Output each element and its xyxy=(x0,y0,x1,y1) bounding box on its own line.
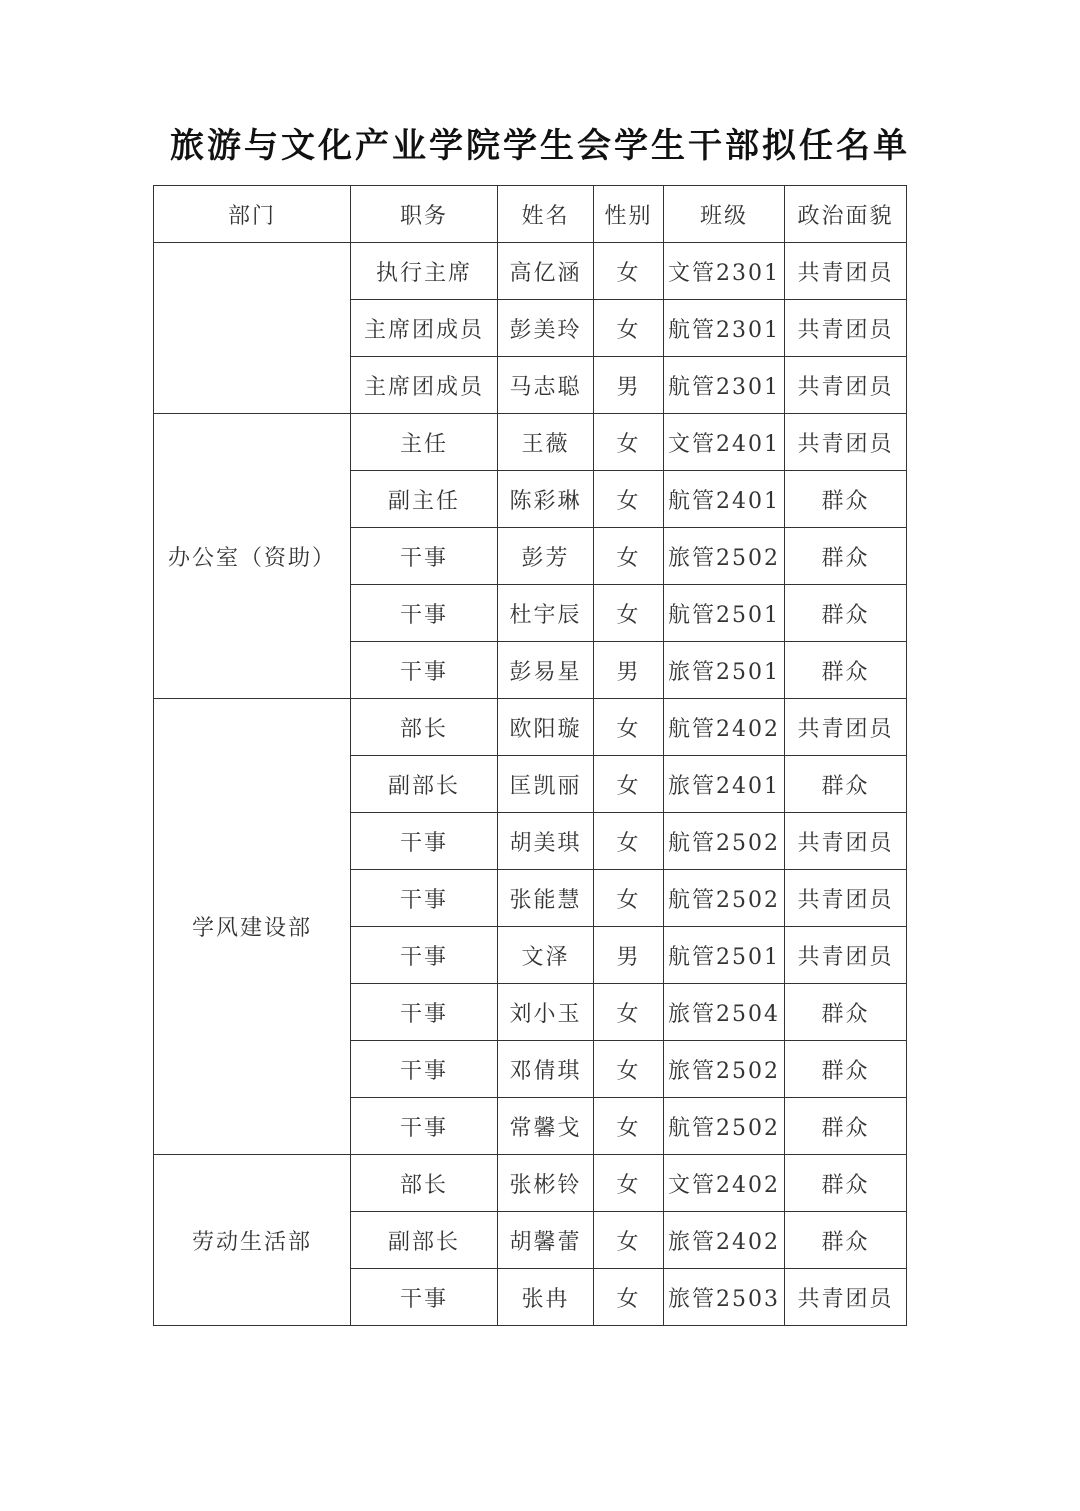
political-status-cell: 群众 xyxy=(785,1212,907,1269)
political-status-cell: 群众 xyxy=(785,528,907,585)
position-cell: 部长 xyxy=(351,1155,498,1212)
name-cell: 马志聪 xyxy=(498,357,594,414)
class-cell: 旅管2502 xyxy=(664,528,785,585)
position-cell: 干事 xyxy=(351,585,498,642)
position-cell: 干事 xyxy=(351,1098,498,1155)
header-name: 姓名 xyxy=(498,186,594,243)
position-cell: 干事 xyxy=(351,642,498,699)
class-cell: 航管2501 xyxy=(664,927,785,984)
position-cell: 副主任 xyxy=(351,471,498,528)
gender-cell: 男 xyxy=(594,927,664,984)
department-cell: 学风建设部 xyxy=(154,699,351,1155)
document-title: 旅游与文化产业学院学生会学生干部拟任名单 xyxy=(0,118,1080,167)
gender-cell: 女 xyxy=(594,243,664,300)
class-cell: 航管2501 xyxy=(664,585,785,642)
name-cell: 刘小玉 xyxy=(498,984,594,1041)
political-status-cell: 群众 xyxy=(785,642,907,699)
name-cell: 匡凯丽 xyxy=(498,756,594,813)
position-cell: 干事 xyxy=(351,813,498,870)
class-cell: 航管2502 xyxy=(664,1098,785,1155)
position-cell: 执行主席 xyxy=(351,243,498,300)
name-cell: 胡馨蕾 xyxy=(498,1212,594,1269)
class-cell: 航管2502 xyxy=(664,813,785,870)
position-cell: 干事 xyxy=(351,927,498,984)
political-status-cell: 群众 xyxy=(785,471,907,528)
name-cell: 杜宇辰 xyxy=(498,585,594,642)
name-cell: 胡美琪 xyxy=(498,813,594,870)
position-cell: 干事 xyxy=(351,1269,498,1326)
name-cell: 彭易星 xyxy=(498,642,594,699)
gender-cell: 女 xyxy=(594,471,664,528)
name-cell: 彭美玲 xyxy=(498,300,594,357)
header-position: 职务 xyxy=(351,186,498,243)
name-cell: 王薇 xyxy=(498,414,594,471)
gender-cell: 女 xyxy=(594,984,664,1041)
gender-cell: 女 xyxy=(594,813,664,870)
class-cell: 旅管2504 xyxy=(664,984,785,1041)
department-cell xyxy=(154,243,351,414)
class-cell: 航管2401 xyxy=(664,471,785,528)
political-status-cell: 共青团员 xyxy=(785,870,907,927)
position-cell: 副部长 xyxy=(351,756,498,813)
political-status-cell: 共青团员 xyxy=(785,243,907,300)
name-cell: 文泽 xyxy=(498,927,594,984)
class-cell: 文管2301 xyxy=(664,243,785,300)
table-row: 劳动生活部 部长 张彬铃 女 文管2402 群众 xyxy=(154,1155,907,1212)
gender-cell: 女 xyxy=(594,1041,664,1098)
political-status-cell: 群众 xyxy=(785,1098,907,1155)
gender-cell: 女 xyxy=(594,1269,664,1326)
position-cell: 主席团成员 xyxy=(351,357,498,414)
header-class: 班级 xyxy=(664,186,785,243)
political-status-cell: 群众 xyxy=(785,756,907,813)
political-status-cell: 共青团员 xyxy=(785,813,907,870)
gender-cell: 女 xyxy=(594,756,664,813)
class-cell: 航管2301 xyxy=(664,300,785,357)
class-cell: 文管2402 xyxy=(664,1155,785,1212)
class-cell: 航管2502 xyxy=(664,870,785,927)
position-cell: 干事 xyxy=(351,870,498,927)
gender-cell: 男 xyxy=(594,357,664,414)
name-cell: 高亿涵 xyxy=(498,243,594,300)
position-cell: 干事 xyxy=(351,1041,498,1098)
header-department: 部门 xyxy=(154,186,351,243)
gender-cell: 女 xyxy=(594,300,664,357)
gender-cell: 女 xyxy=(594,870,664,927)
position-cell: 副部长 xyxy=(351,1212,498,1269)
political-status-cell: 共青团员 xyxy=(785,357,907,414)
gender-cell: 女 xyxy=(594,585,664,642)
gender-cell: 女 xyxy=(594,699,664,756)
gender-cell: 女 xyxy=(594,1155,664,1212)
class-cell: 航管2301 xyxy=(664,357,785,414)
gender-cell: 男 xyxy=(594,642,664,699)
political-status-cell: 群众 xyxy=(785,585,907,642)
gender-cell: 女 xyxy=(594,528,664,585)
gender-cell: 女 xyxy=(594,1212,664,1269)
class-cell: 航管2402 xyxy=(664,699,785,756)
political-status-cell: 群众 xyxy=(785,984,907,1041)
position-cell: 干事 xyxy=(351,984,498,1041)
table-header-row: 部门 职务 姓名 性别 班级 政治面貌 xyxy=(154,186,907,243)
cadre-roster-table: 部门 职务 姓名 性别 班级 政治面貌 执行主席 高亿涵 女 文管2301 共青… xyxy=(153,185,907,1326)
gender-cell: 女 xyxy=(594,414,664,471)
name-cell: 欧阳璇 xyxy=(498,699,594,756)
political-status-cell: 共青团员 xyxy=(785,699,907,756)
political-status-cell: 共青团员 xyxy=(785,927,907,984)
name-cell: 邓倩琪 xyxy=(498,1041,594,1098)
political-status-cell: 共青团员 xyxy=(785,414,907,471)
political-status-cell: 群众 xyxy=(785,1041,907,1098)
position-cell: 干事 xyxy=(351,528,498,585)
table-row: 执行主席 高亿涵 女 文管2301 共青团员 xyxy=(154,243,907,300)
header-gender: 性别 xyxy=(594,186,664,243)
table-row: 办公室（资助） 主任 王薇 女 文管2401 共青团员 xyxy=(154,414,907,471)
table-row: 学风建设部 部长 欧阳璇 女 航管2402 共青团员 xyxy=(154,699,907,756)
gender-cell: 女 xyxy=(594,1098,664,1155)
class-cell: 旅管2401 xyxy=(664,756,785,813)
name-cell: 张彬铃 xyxy=(498,1155,594,1212)
class-cell: 旅管2501 xyxy=(664,642,785,699)
name-cell: 陈彩琳 xyxy=(498,471,594,528)
class-cell: 旅管2402 xyxy=(664,1212,785,1269)
class-cell: 旅管2502 xyxy=(664,1041,785,1098)
position-cell: 部长 xyxy=(351,699,498,756)
political-status-cell: 群众 xyxy=(785,1155,907,1212)
header-political-status: 政治面貌 xyxy=(785,186,907,243)
political-status-cell: 共青团员 xyxy=(785,300,907,357)
political-status-cell: 共青团员 xyxy=(785,1269,907,1326)
department-cell: 办公室（资助） xyxy=(154,414,351,699)
name-cell: 张能慧 xyxy=(498,870,594,927)
name-cell: 常馨戈 xyxy=(498,1098,594,1155)
class-cell: 文管2401 xyxy=(664,414,785,471)
department-cell: 劳动生活部 xyxy=(154,1155,351,1326)
position-cell: 主任 xyxy=(351,414,498,471)
name-cell: 彭芳 xyxy=(498,528,594,585)
position-cell: 主席团成员 xyxy=(351,300,498,357)
class-cell: 旅管2503 xyxy=(664,1269,785,1326)
name-cell: 张冉 xyxy=(498,1269,594,1326)
